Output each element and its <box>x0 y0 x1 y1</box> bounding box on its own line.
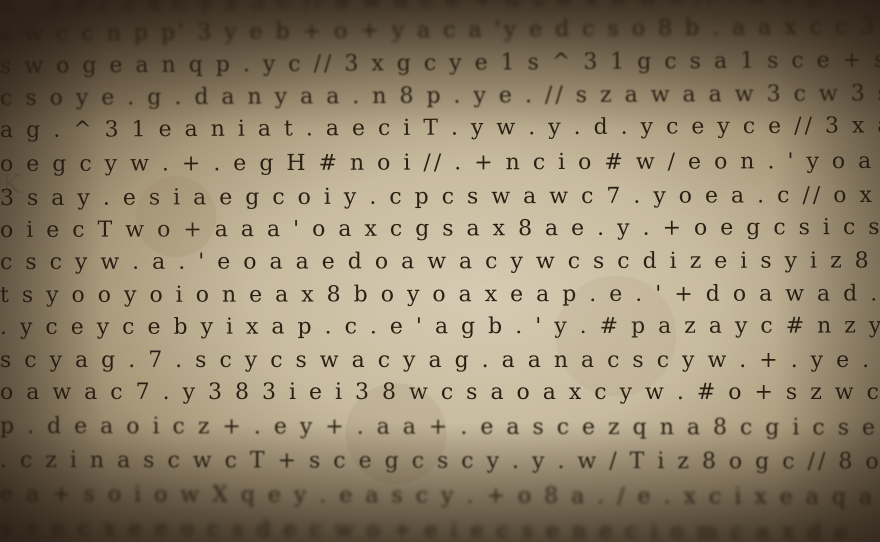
cipher-line-13: o a w a c 7 . y 3 8 3 i e i 3 8 w c s a … <box>0 380 880 405</box>
cipher-line-12: s c y a g . 7 . s c y c s w a c y a g . … <box>0 348 880 373</box>
manuscript-photo: K a . 3 z l 3 x c y z 3 c // a w a c e +… <box>0 0 880 542</box>
cipher-line-4: c s o y e . g . d a n y a a . n 8 p . y … <box>0 79 880 111</box>
cipher-line-5: a g . ^ 3 1 e a n i a t . a e c i T . y … <box>0 112 880 143</box>
cipher-line-8: o i e c T w o + a a a ' o a x c g s a x … <box>0 214 880 243</box>
cipher-line-9: c s c y w . a . ' e o a a e d o a w a c … <box>0 248 880 275</box>
cipher-line-16: e a + s o i o w X q e y . e a s c y . + … <box>0 482 880 511</box>
cipher-line-14: p . d e a o i c z + . e y + . a a + . e … <box>0 414 880 441</box>
cipher-line-1: a . 3 z l 3 x c y z 3 c // a w a c e + d… <box>0 0 880 17</box>
cipher-line-6: o e g c y w . + . e g H # n o i // . + n… <box>0 148 880 177</box>
cipher-line-7: 3 s a y . e s i a e g c o i y . c p c s … <box>0 182 880 211</box>
cipher-line-11: . y c e y c e b y i x a p . c . e ' a g … <box>0 313 880 340</box>
cipher-line-17: x x n c x e e o c s d e c w o + e i e c … <box>0 516 851 542</box>
cipher-line-2: s w c c n p p' 3 y e b + o + y a c a 'y … <box>0 11 880 47</box>
cipher-text-block: a . 3 z l 3 x c y z 3 c // a w a c e + d… <box>0 0 880 542</box>
cipher-line-10: t s y o o y o i o n e a x 8 b o y o a x … <box>0 281 880 308</box>
cipher-line-15: . c z i n a s c w c T + s c e g c s c y … <box>0 448 880 475</box>
cipher-line-3: s w o g e a n q p . y c // 3 x g c y e 1… <box>0 45 880 79</box>
